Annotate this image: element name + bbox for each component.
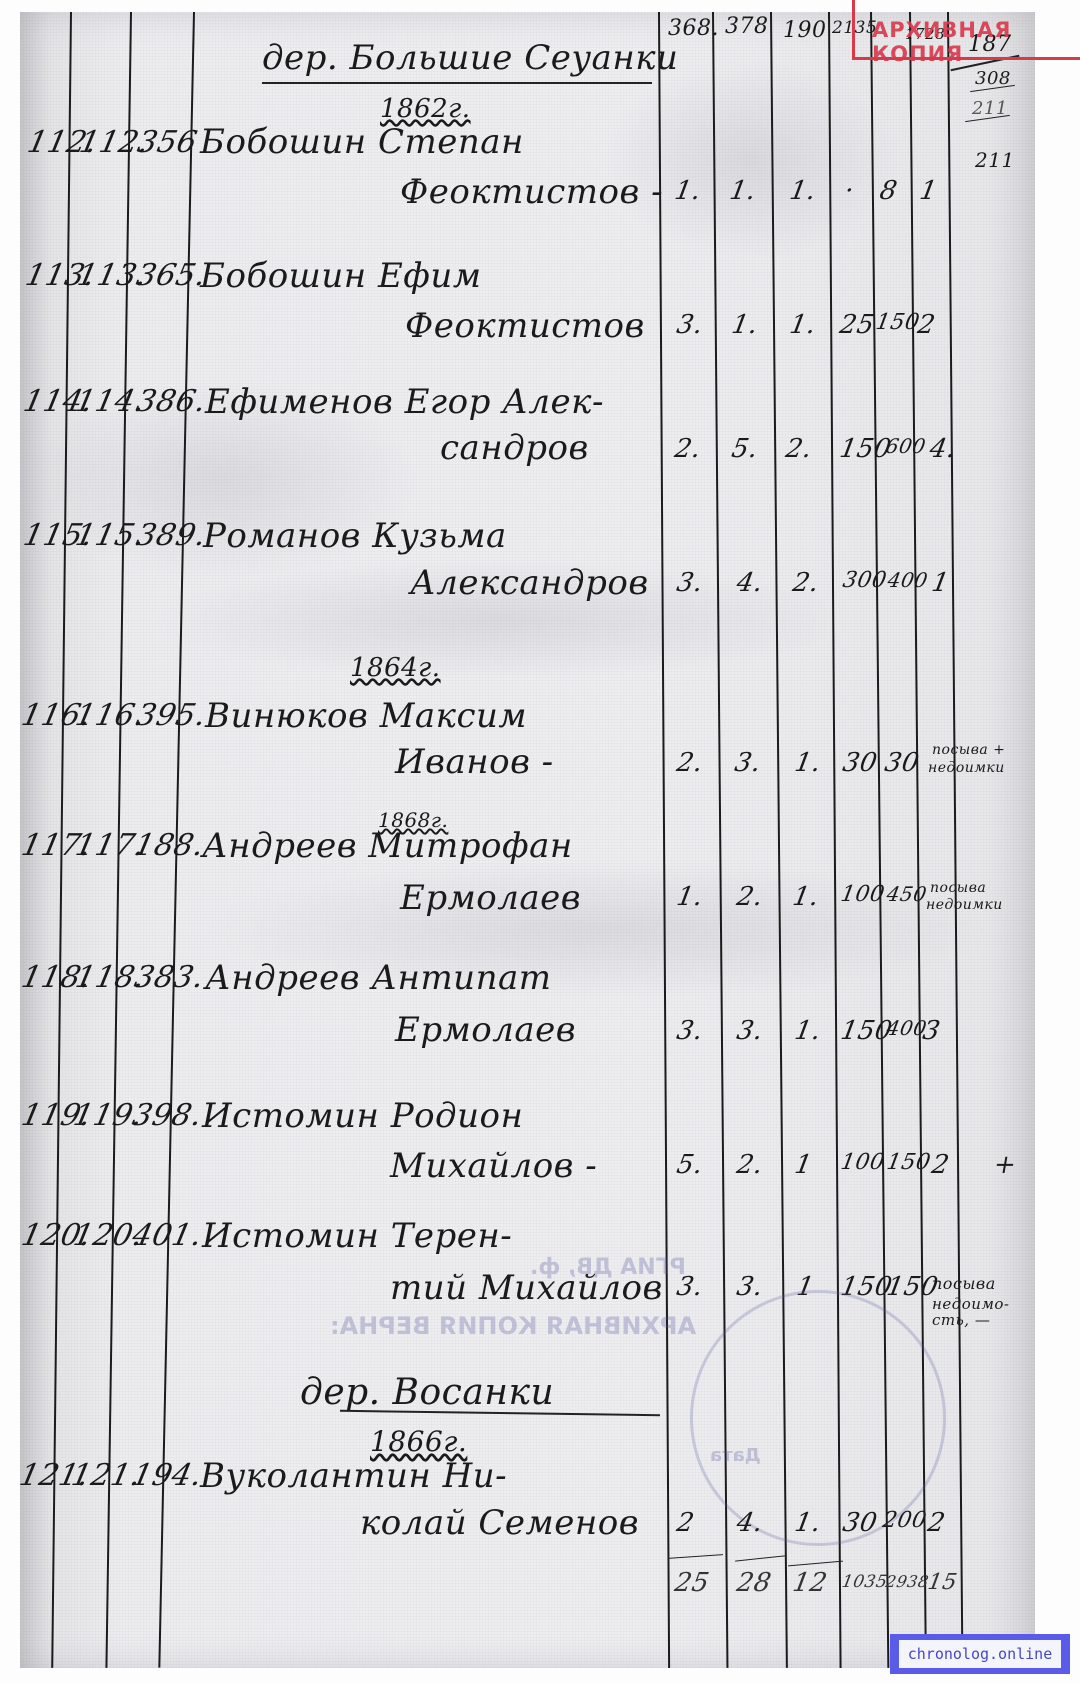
data-cell: 1. [790,882,821,912]
data-cell: 3. [674,310,705,340]
data-cell: 3. [674,568,705,598]
surname-line: Истомин Родион [202,1096,523,1136]
archive-stamp-text: Дата [710,1445,761,1466]
data-cell: 1. [792,1508,823,1538]
surname-line: Винюков Максим [205,696,527,736]
patronymic-line: сандров [440,428,589,468]
household-number: 386. [133,384,209,419]
household-number: 398. [129,1098,205,1133]
data-cell: 30 [882,748,921,778]
surname-line: Андреев Антипат [205,958,552,998]
total-cell: 15 [926,1570,959,1595]
patronymic-line: Ермолаев [395,1010,576,1050]
data-cell: 150 [874,310,922,335]
remark-note: посыва [930,880,986,896]
total-cell: 25 [672,1568,711,1598]
surname-line: Вуколантин Ни- [200,1456,507,1496]
remark-note: посыва [932,1276,996,1292]
data-cell: 2. [790,568,821,598]
site-watermark: chronolog.online [890,1634,1070,1674]
remark-note: посыва + [932,742,1005,758]
archive-stamp-text: РГИА ДВ, ф. [530,1255,686,1280]
total-cell: 12 [790,1568,829,1598]
data-cell: 4. [734,568,765,598]
data-cell: 600 [884,434,928,458]
year-heading: 1862г. [380,94,471,124]
patronymic-line: Феоктистов - [400,172,663,212]
data-cell: 450 [885,882,929,906]
surname-line: Бобошин Степан [200,122,524,162]
patronymic-line: Михайлов - [390,1146,597,1186]
data-cell: 100 [839,882,887,907]
patronymic-line: Ермолаев [400,878,581,918]
total-cell: 1035 [840,1572,889,1592]
household-number: 194. [129,1458,205,1493]
data-cell: 4. [734,1508,765,1538]
remark-note: недоимки [926,897,1003,913]
household-number: 356 [134,125,200,160]
archive-copy-stamp-text: АРХИВНАЯ КОПИЯ [872,18,1080,66]
data-cell: 3. [674,1016,705,1046]
data-cell: 1. [792,1016,823,1046]
total-cell: 28 [734,1568,773,1598]
header-number: 378 [725,14,769,39]
surname-line: Истомин Терен- [202,1216,512,1256]
page-number: 211 [975,148,1015,172]
data-cell: 1. [787,310,818,340]
data-cell: 150 [885,1150,933,1175]
data-cell: 25 [837,310,876,340]
archive-stamp-text: АРХИВНАЯ КОПИЯ ВЕРНА: [330,1312,696,1340]
data-cell: 2. [783,434,814,464]
village-heading: дер. Восанки [300,1372,554,1413]
surname-line: Андреев Митрофан [202,826,573,866]
remark-note: недоимки [928,760,1005,776]
data-cell: 1. [727,176,758,206]
data-cell: 2. [734,882,765,912]
data-cell: 2. [674,748,705,778]
data-cell: 1. [787,176,818,206]
header-number: 190 [783,18,827,43]
data-cell: 3. [734,1016,765,1046]
surname-line: Бобошин Ефим [200,256,482,296]
data-cell: 2. [734,1150,765,1180]
household-number: 383. [131,960,207,995]
data-cell: 5. [674,1150,705,1180]
data-cell: 30 [840,748,879,778]
household-number: 188. [131,828,207,863]
heading-underline [262,82,652,84]
site-watermark-text: chronolog.online [899,1640,1061,1668]
data-cell: 100 [839,1150,887,1175]
village-heading: дер. Большие Сеуанки [262,38,678,78]
household-number: 365. [133,258,209,293]
remark-note: недоимо-сть, — [932,1296,1002,1328]
data-cell: 200 [881,1508,929,1533]
patronymic-line: колай Семенов [360,1503,639,1543]
surname-line: Романов Кузьма [203,516,507,556]
data-cell: 1. [672,176,703,206]
total-cell: 2938 [884,1572,930,1591]
data-cell: 1. [729,310,760,340]
data-cell: 2. [672,434,703,464]
data-cell: 5. [729,434,760,464]
data-cell: 400 [886,568,930,592]
surname-line: Ефименов Егор Алек- [205,382,604,422]
data-cell: 3. [732,748,763,778]
household-number: 395. [133,698,209,733]
household-number: 401. [129,1218,205,1253]
year-heading: 1864г. [350,653,441,683]
paper-smudge [600,60,900,260]
data-cell: 1. [674,882,705,912]
patronymic-line: Александров [410,563,649,603]
data-cell: 300 [841,568,889,593]
patronymic-line: Иванов - [395,742,554,782]
year-heading: 1866г. [370,1425,467,1458]
data-cell: 3. [734,1272,765,1302]
data-cell: 4. [927,434,958,464]
patronymic-line: Феоктистов [405,306,645,346]
data-cell: 30 [840,1508,879,1538]
household-number: 389. [133,518,209,553]
data-cell: 1. [792,748,823,778]
